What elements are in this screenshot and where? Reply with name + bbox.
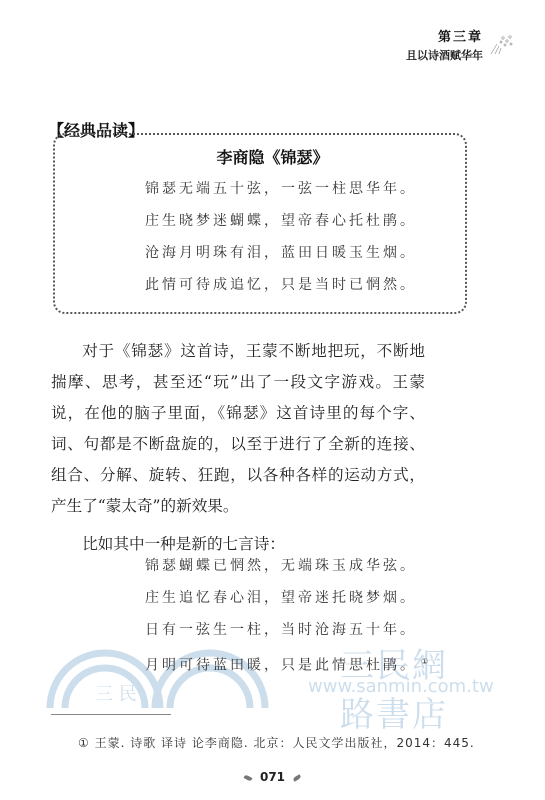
footnote: ① 王蒙. 诗歌 译诗 论李商隐. 北京：人民文学出版社，2014：445.	[78, 734, 475, 751]
poem-title: 李商隐《锦瑟》	[0, 145, 545, 168]
svg-text:三 民: 三 民	[95, 684, 137, 705]
poem-line: 锦瑟蝴蝶已惘然，无端珠玉成华弦。	[145, 555, 428, 587]
poem-line: 此情可待成追忆，只是当时已惘然。	[145, 274, 417, 306]
poem-line: 日有一弦生一柱，当时沧海五十年。	[145, 619, 428, 651]
footnote-marker[interactable]: ①	[421, 657, 428, 666]
poem-line: 沧海月明珠有泪，蓝田日暖玉生烟。	[145, 242, 417, 274]
new-poem: 锦瑟蝴蝶已惘然，无端珠玉成华弦。 庄生追忆春心泪，望帝迷托晓梦烟。 日有一弦生一…	[145, 555, 428, 683]
page-footer: 071	[0, 770, 545, 784]
body-text: 对于《锦瑟》这首诗，王蒙不断地把玩，不断地揣摩、思考，甚至还“玩”出了一段文字游…	[51, 336, 425, 560]
chapter-subtitle: 且以诗酒赋华年	[406, 47, 483, 63]
poem-line: 庄生追忆春心泪，望帝迷托晓梦烟。	[145, 587, 428, 619]
decorative-flowers-icon	[487, 32, 515, 56]
page-number: 071	[260, 770, 285, 784]
poem-line: 庄生晓梦迷蝴蝶，望帝春心托杜鹃。	[145, 210, 417, 242]
chapter-header: 第三章 且以诗酒赋华年	[406, 26, 483, 63]
original-poem: 锦瑟无端五十弦，一弦一柱思华年。 庄生晓梦迷蝴蝶，望帝春心托杜鹃。 沧海月明珠有…	[145, 178, 417, 306]
chapter-label: 第三章	[406, 26, 483, 45]
leaf-right-icon	[293, 774, 302, 781]
leaf-left-icon	[244, 774, 253, 781]
paragraph: 对于《锦瑟》这首诗，王蒙不断地把玩，不断地揣摩、思考，甚至还“玩”出了一段文字游…	[51, 336, 425, 522]
poem-line: 月明可待蓝田暖，只是此情思杜鹃。①	[145, 651, 428, 683]
poem-line: 锦瑟无端五十弦，一弦一柱思华年。	[145, 178, 417, 210]
footnote-divider	[51, 714, 171, 715]
poem-line-text: 月明可待蓝田暖，只是此情思杜鹃。	[145, 658, 417, 674]
